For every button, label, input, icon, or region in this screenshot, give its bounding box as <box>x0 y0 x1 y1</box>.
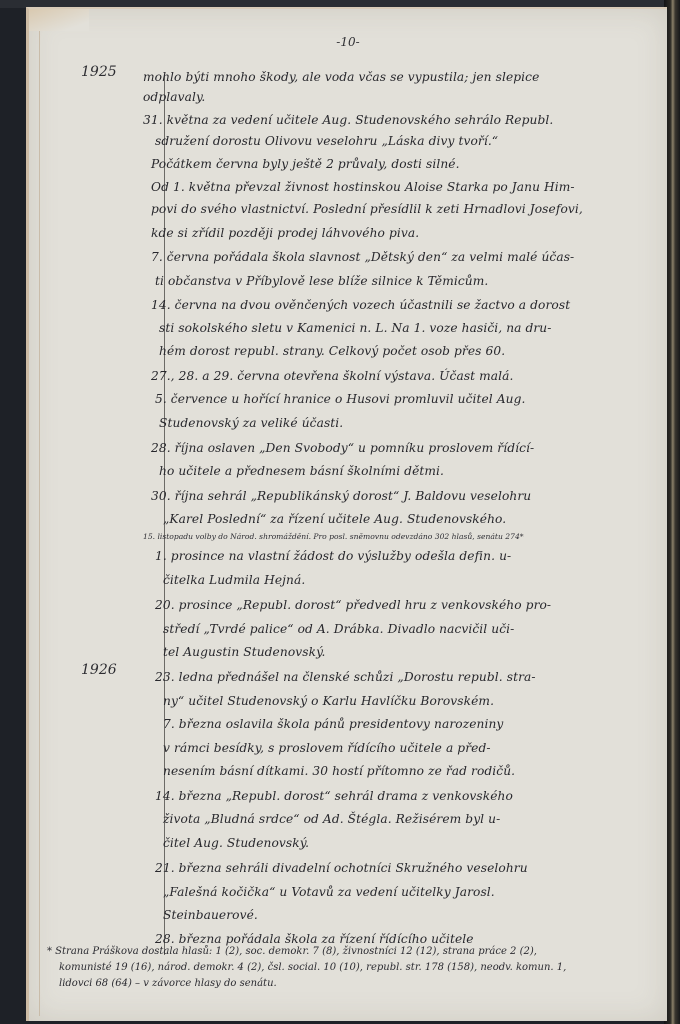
chronicle-line: života „Bludná srdce“ od Ad. Štégla. Rež… <box>163 812 500 826</box>
chronicle-line: v rámci besídky, s proslovem řídícího uč… <box>163 741 491 755</box>
chronicle-line: 14. června na dvou ověnčených vozech úča… <box>151 298 570 312</box>
chronicle-line: hém dorost republ. strany. Celkový počet… <box>159 344 505 358</box>
chronicle-line: ho učitele a přednesem básní školními dě… <box>159 464 444 478</box>
chronicle-line: středí „Tvrdé palice“ od A. Drábka. Diva… <box>163 622 514 636</box>
chronicle-line: tel Augustin Studenovský. <box>163 645 325 659</box>
footnote-line: * Strana Práškova dostala hlasů: 1 (2), … <box>47 946 537 957</box>
chronicle-line: nesením básní dítkami. 30 hostí přítomno… <box>163 764 515 778</box>
chronicle-line: 31. května za vedení učitele Aug. Studen… <box>143 113 553 127</box>
chronicle-line: kde si zřídil později prodej láhvového p… <box>151 226 419 240</box>
chronicle-line: „Karel Poslední“ za řízení učitele Aug. … <box>163 512 506 526</box>
chronicle-line: 21. března sehráli divadelní ochotníci S… <box>155 861 528 875</box>
chronicle-line: Studenovský za veliké účasti. <box>159 416 343 430</box>
page-number: -10- <box>29 35 667 49</box>
chronicle-line: čitelka Ludmila Hejná. <box>163 573 305 587</box>
chronicle-line: 28. října oslaven „Den Svobody“ u pomník… <box>151 441 534 455</box>
page-edge-line <box>39 31 40 1016</box>
footnote-line: komunisté 19 (16), národ. demokr. 4 (2),… <box>59 962 566 973</box>
chronicle-line: 28. března pořádala škola za řízení řídí… <box>155 932 474 946</box>
chronicle-line: čitel Aug. Studenovský. <box>163 836 309 850</box>
chronicle-line: „Falešná kočička“ u Votavů za vedení uči… <box>163 885 495 899</box>
chronicle-line: mohlo býti mnoho škody, ale voda včas se… <box>143 70 539 84</box>
chronicle-line: 1. prosince na vlastní žádost do výslužb… <box>155 549 511 563</box>
footnote-line: lidovci 68 (64) – v závorce hlasy do sen… <box>59 978 277 989</box>
chronicle-line: 14. března „Republ. dorost“ sehrál drama… <box>155 789 513 803</box>
chronicle-line: 27., 28. a 29. června otevřena školní vý… <box>151 369 514 383</box>
chronicle-line: ti občanstva v Příbylově lese blíže siln… <box>155 274 488 288</box>
chronicle-line: Steinbauerové. <box>163 908 258 922</box>
chronicle-line: 5. července u hořící hranice o Husovi pr… <box>155 392 526 406</box>
election-note: 15. listopadu volby do Národ. shromážděn… <box>143 532 524 541</box>
chronicle-line: sdružení dorostu Olivovu veselohru „Lásk… <box>155 134 498 148</box>
chronicle-line: 7. června pořádala škola slavnost „Dětsk… <box>151 250 574 264</box>
chronicle-line: Od 1. května převzal živnost hostinskou … <box>151 180 575 194</box>
chronicle-line: 23. ledna přednášel na členské schůzi „D… <box>155 670 536 684</box>
chronicle-page: -10- 19251926 mohlo býti mnoho škody, al… <box>26 7 667 1021</box>
chronicle-line: 7. března oslavila škola pánů presidento… <box>163 717 503 731</box>
chronicle-line: 30. října sehrál „Republikánský dorost“ … <box>151 489 531 503</box>
year-label: 1925 <box>81 64 117 80</box>
page-corner <box>29 9 89 31</box>
chronicle-line: ny“ učitel Studenovský o Karlu Havlíčku … <box>163 694 494 708</box>
chronicle-line: 20. prosince „Republ. dorost“ předvedl h… <box>155 598 551 612</box>
chronicle-line: Počátkem června byly ještě 2 průvaly, do… <box>151 157 460 171</box>
chronicle-line: odplavaly. <box>143 90 205 104</box>
chronicle-line: povi do svého vlastnictví. Poslední přes… <box>151 202 583 216</box>
chronicle-line: sti sokolského sletu v Kamenici n. L. Na… <box>159 321 551 335</box>
year-label: 1926 <box>81 662 117 678</box>
